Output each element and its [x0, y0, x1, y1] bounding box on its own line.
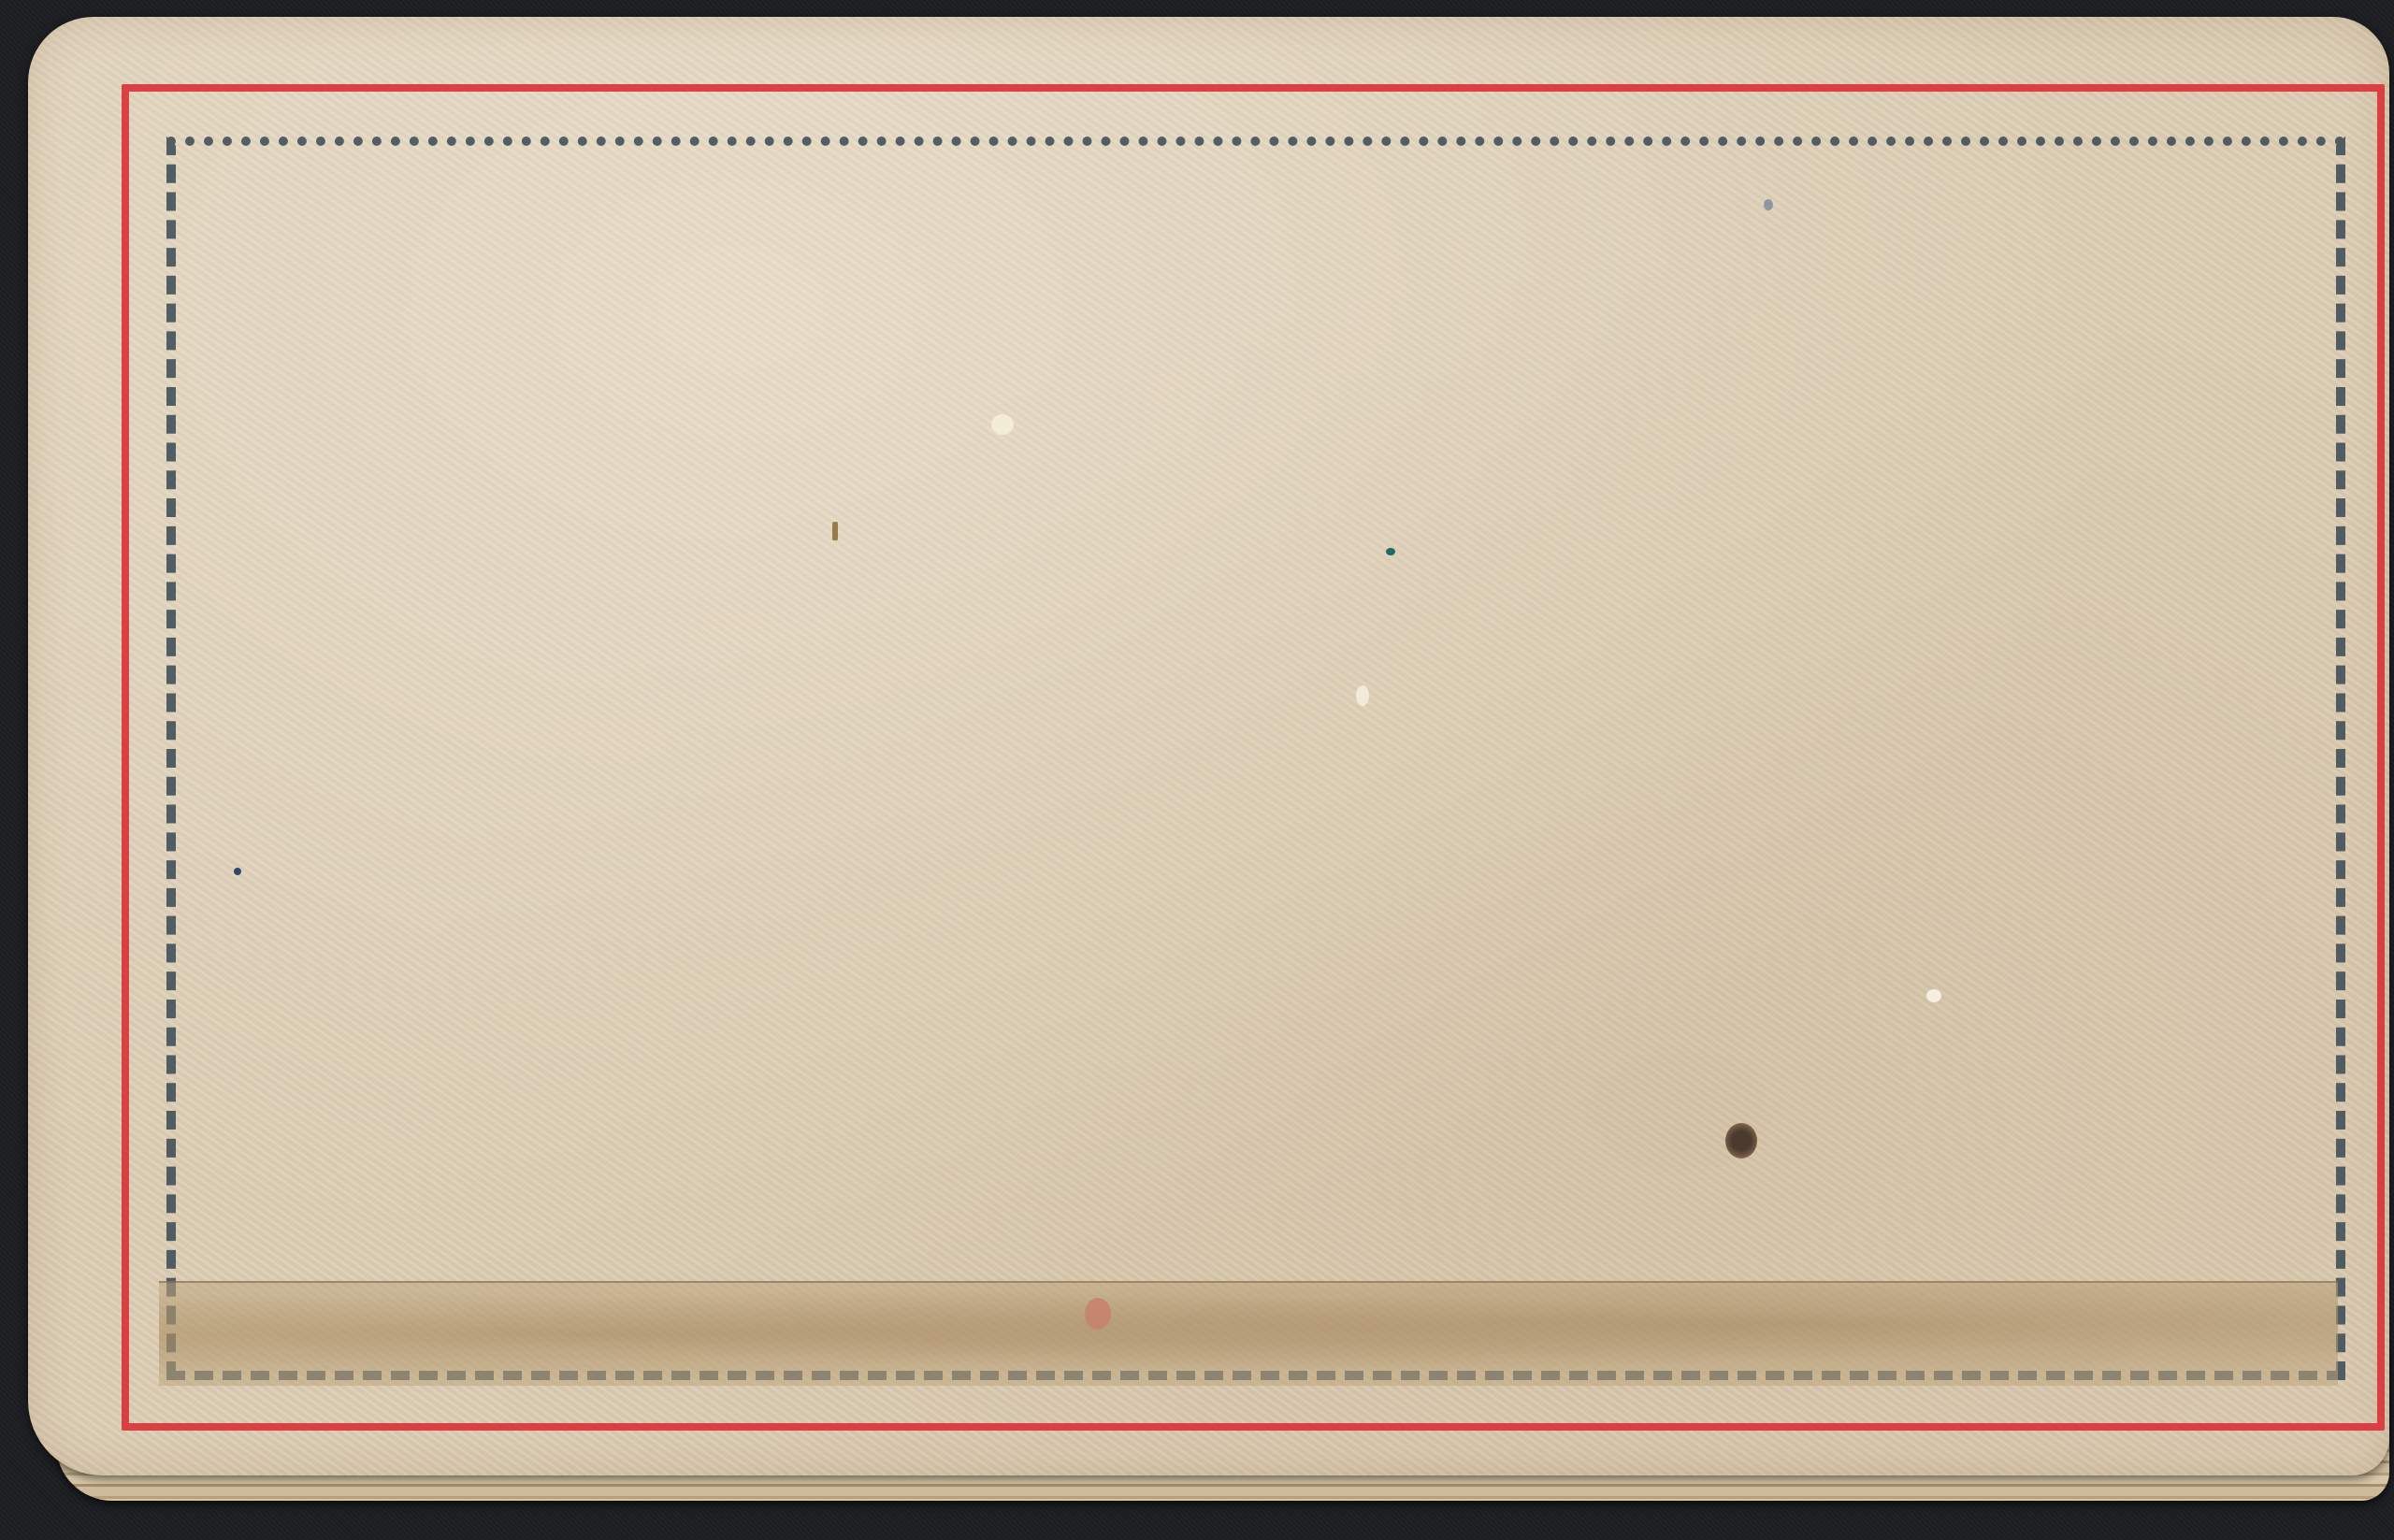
white-fleck — [1926, 989, 1941, 1002]
blue-fleck — [1764, 199, 1773, 210]
cardboard-cover — [28, 17, 2389, 1475]
slate-inner-border — [166, 137, 2345, 1380]
teal-speck — [1386, 548, 1395, 555]
brown-fleck — [832, 522, 838, 540]
white-fleck — [991, 414, 1014, 435]
blue-speck — [234, 868, 241, 875]
red-stain — [1085, 1298, 1111, 1330]
stained-bottom-strip — [159, 1281, 2338, 1386]
white-fleck — [1356, 685, 1369, 706]
dark-spot — [1725, 1123, 1757, 1159]
photo-scene — [0, 0, 2394, 1540]
